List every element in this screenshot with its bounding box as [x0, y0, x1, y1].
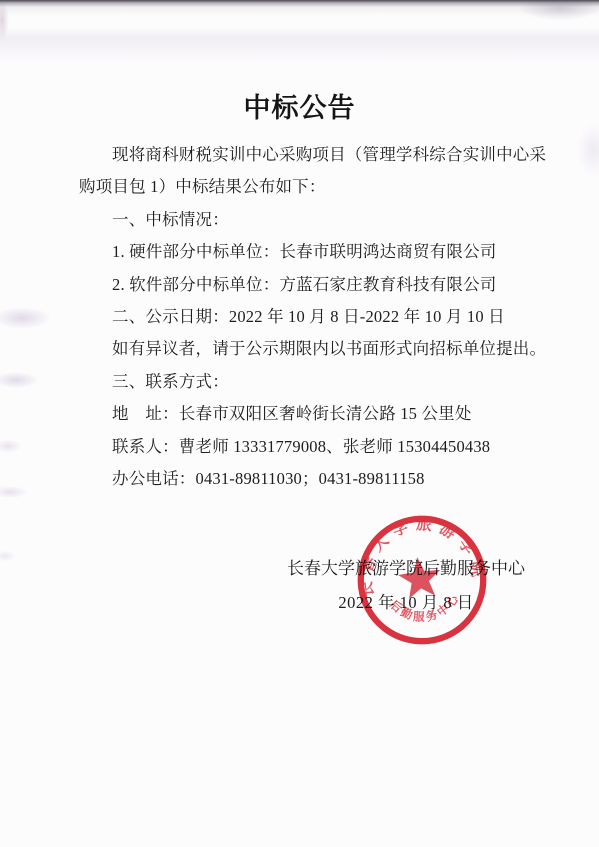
contact-person-line: 联系人：曹老师 13331779008、张老师 15304450438	[79, 431, 549, 463]
scanned-document-page: 中标公告 现将商科财税实训中心采购项目（管理学科综合实训中心采 购项目包 1）中…	[0, 0, 599, 847]
section-heading-2-publicity-dates: 二、公示日期：2022 年 10 月 8 日-2022 年 10 月 10 日	[79, 301, 549, 333]
page-title: 中标公告	[0, 86, 599, 125]
document-body: 现将商科财税实训中心采购项目（管理学科综合实训中心采 购项目包 1）中标结果公布…	[79, 139, 549, 495]
software-winner-line: 2. 软件部分中标单位：方蓝石家庄教育科技有限公司	[79, 269, 549, 301]
signature-date: 2022 年 10 月 8 日	[287, 586, 525, 620]
paragraph-line: 现将商科财税实训中心采购项目（管理学科综合实训中心采	[79, 139, 549, 171]
signature-block: 长春大学旅游学院后勤服务中心 2022 年 10 月 8 日	[287, 552, 525, 620]
section-heading-3-contact: 三、联系方式：	[79, 366, 549, 398]
paragraph-line: 购项目包 1）中标结果公布如下：	[79, 171, 549, 203]
objection-notice-line: 如有异议者，请于公示期限内以书面形式向招标单位提出。	[79, 333, 549, 365]
office-phone-line: 办公电话：0431-89811030；0431-89811158	[79, 463, 549, 495]
hardware-winner-line: 1. 硬件部分中标单位：长春市联明鸿达商贸有限公司	[79, 236, 549, 268]
address-line: 地 址：长春市双阳区奢岭街长清公路 15 公里处	[79, 398, 549, 430]
signature-organization: 长春大学旅游学院后勤服务中心	[287, 552, 525, 586]
section-heading-1: 一、中标情况：	[79, 204, 549, 236]
